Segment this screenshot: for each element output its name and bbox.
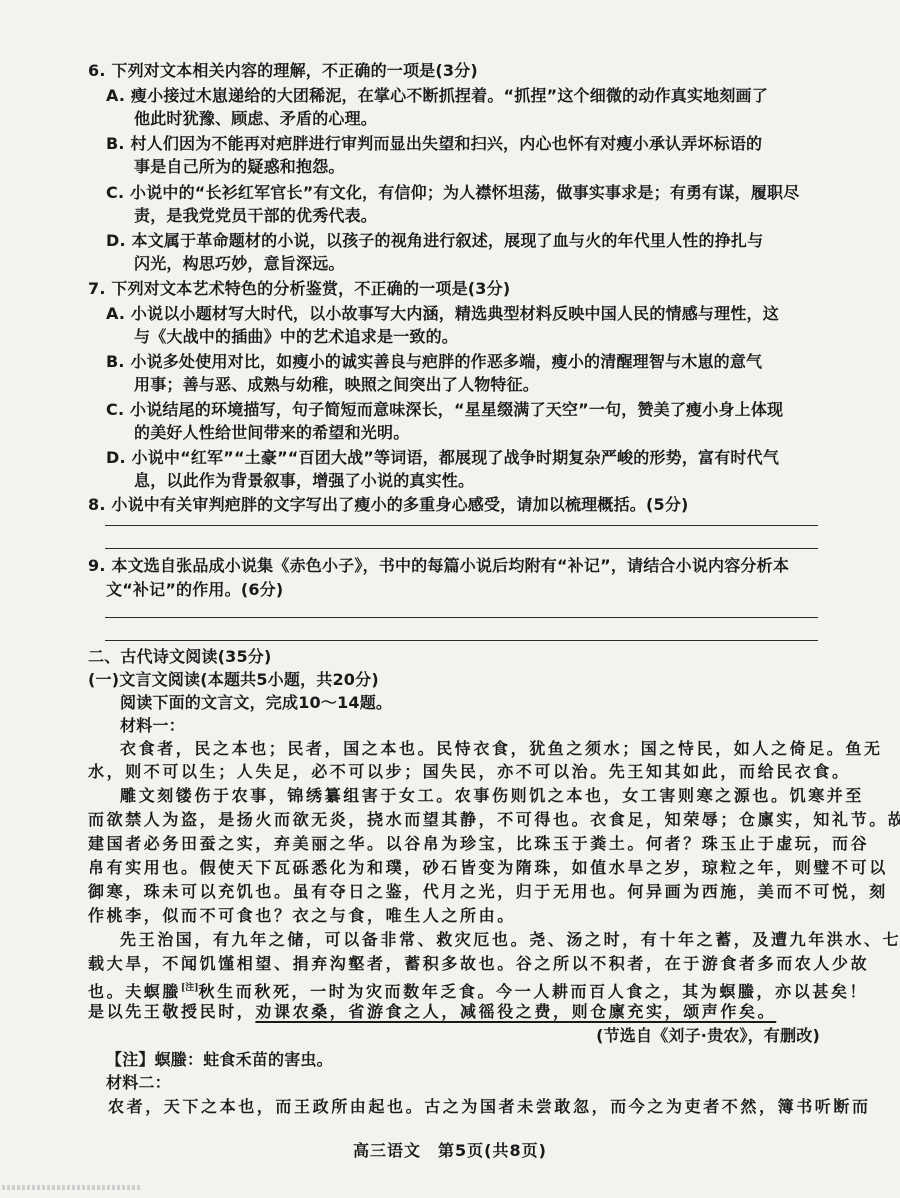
footnote: 【注】螟螣：蛀食禾苗的害虫。 [106,1049,333,1071]
material-1-line: 雕文刻镂伤于农事，锦绣纂组害于女工。农事伤则饥之本也，女工害则寒之源也。饥寒并至 [120,785,864,807]
section-title: 二、古代诗文阅读(35分) [88,646,272,668]
q8-answer-line-1[interactable] [105,525,818,526]
watermark-decoration [2,1185,142,1190]
material-1-text: 秋生而秋死，一时为灾而数年乏食。今一人耕而百人食之，其为螟螣，亦以甚矣！ [199,982,869,1001]
material-1-line: 载大旱，不闻饥馑相望、捐弃沟壑者，蓄积多故也。谷之所以不积者，在于游食者多而农人… [88,953,869,975]
material-1-line: 作桃李，似而不可食也？衣之与食，唯生人之所由。 [88,905,516,927]
q7-option-c-cont: 的美好人性给世间带来的希望和光明。 [134,422,409,444]
q6-option-c-cont: 责，是我党党员干部的优秀代表。 [134,205,377,227]
material-1-label: 材料一： [120,715,185,737]
material-2-line: 农者，天下之本也，而王政所由起也。古之为国者未尝敢忽，而今之为吏者不然，簿书听断… [108,1096,871,1118]
q7-option-d-cont: 息，以此作为背景叙事，增强了小说的真实性。 [134,470,474,492]
q9-stem: 9. 本文选自张品成小说集《赤色小子》，书中的每篇小说后均附有“补记”，请结合小… [88,555,789,577]
exam-page: 6. 下列对文本相关内容的理解，不正确的一项是(3分) A. 瘦小接过木崽递给的… [0,0,900,1198]
material-2-label: 材料二： [106,1072,171,1094]
material-1-line-with-note: 也。夫螟螣[注]秋生而秋死，一时为灾而数年乏食。今一人耕而百人食之，其为螟螣，亦… [88,977,868,1003]
q9-answer-line-2[interactable] [105,640,818,641]
material-1-text: 是以先王敬授民时， [88,1002,255,1021]
q8-stem: 8. 小说中有关审判疤胖的文字写出了瘦小的多重身心感受，请加以梳理概括。(5分) [88,494,689,516]
q6-option-a-cont: 他此时犹豫、顾虑、矛盾的心理。 [134,108,377,130]
q6-option-d: D. 本文属于革命题材的小说，以孩子的视角进行叙述，展现了血与火的年代里人性的挣… [106,230,763,252]
subsection-title: (一)文言文阅读(本题共5小题，共20分) [88,669,379,691]
q7-option-c: C. 小说结尾的环境描写，句子简短而意味深长，“星星缀满了天空”一句，赞美了瘦小… [106,399,783,421]
source-citation: (节选自《刘子·贵农》，有删改) [596,1025,820,1047]
q6-option-b-cont: 事是自己所为的疑惑和抱怨。 [134,156,345,178]
material-1-line: 先王治国，有九年之储，可以备非常、救灾厄也。尧、汤之时，有十年之蓄，及遭九年洪水… [120,929,900,951]
q8-answer-line-2[interactable] [105,548,818,549]
material-1-line: 而欲禁人为盗，是扬火而欲无炎，挠水而望其静，不可得也。衣食足，知荣辱；仓廪实，知… [88,809,900,831]
q7-option-d: D. 小说中“红军”“土豪”“百团大战”等词语，都展现了战争时期复杂严峻的形势，… [106,447,779,469]
q6-option-d-cont: 闪光，构思巧妙，意旨深远。 [134,253,345,275]
q9-answer-line-1[interactable] [105,617,818,618]
material-1-line: 水，则不可以生；人失足，必不可以步；国失民，亦不可以治。先王知其如此，而给民衣食… [88,761,851,783]
q6-option-b: B. 村人们因为不能再对疤胖进行审判而显出失望和扫兴，内心也怀有对瘦小承认弄坏标… [106,133,762,155]
footnote-marker[interactable]: [注] [181,983,199,993]
q6-option-a: A. 瘦小接过木崽递给的大团稀泥，在掌心不断抓捏着。“抓捏”这个细微的动作真实地… [106,85,768,107]
material-1-line: 衣食者，民之本也；民者，国之本也。民恃衣食，犹鱼之须水；国之恃民，如人之倚足。鱼… [120,738,883,760]
material-1-line-underlined: 是以先王敬授民时，劝课农桑，省游食之人，减徭役之费，则仓廪充实，颂声作矣。 [88,1001,776,1023]
material-1-text: 也。夫螟螣 [88,982,181,1001]
material-1-line: 御寒，珠未可以充饥也。虽有夺日之鉴，代月之光，归于无用也。何异画为西施，美而不可… [88,881,888,903]
page-footer: 高三语文 第5页(共8页) [0,1140,900,1162]
q7-option-b-cont: 用事；善与恶、成熟与幼稚，映照之间突出了人物特征。 [134,374,539,396]
q9-stem-cont: 文“补记”的作用。(6分) [106,579,283,601]
q6-stem: 6. 下列对文本相关内容的理解，不正确的一项是(3分) [88,60,478,82]
q7-option-a: A. 小说以小题材写大时代，以小故事写大内涵，精选典型材料反映中国人民的情感与理… [106,303,779,325]
q6-option-c: C. 小说中的“长衫红军官长”有文化，有信仰；为人襟怀坦荡，做事实事求是；有勇有… [106,182,799,204]
material-1-line: 帛有实用也。假使天下瓦砾悉化为和璞，砂石皆变为隋珠，如值水旱之岁，琼粒之年，则璧… [88,857,888,879]
reading-instruction: 阅读下面的文言文，完成10～14题。 [120,692,392,714]
q7-option-b: B. 小说多处使用对比，如瘦小的诚实善良与疤胖的作恶多端，瘦小的清醒理智与木崽的… [106,351,762,373]
q7-stem: 7. 下列对文本艺术特色的分析鉴赏，不正确的一项是(3分) [88,278,510,300]
q7-option-a-cont: 与《大战中的插曲》中的艺术追求是一致的。 [134,326,458,348]
material-1-line: 建国者必务田蚕之实，弃美丽之华。以谷帛为珍宝，比珠玉于粪土。何者？珠玉止于虚玩，… [88,833,869,855]
underlined-sentence: 劝课农桑，省游食之人，减徭役之费，则仓廪充实，颂声作矣。 [255,1002,776,1021]
